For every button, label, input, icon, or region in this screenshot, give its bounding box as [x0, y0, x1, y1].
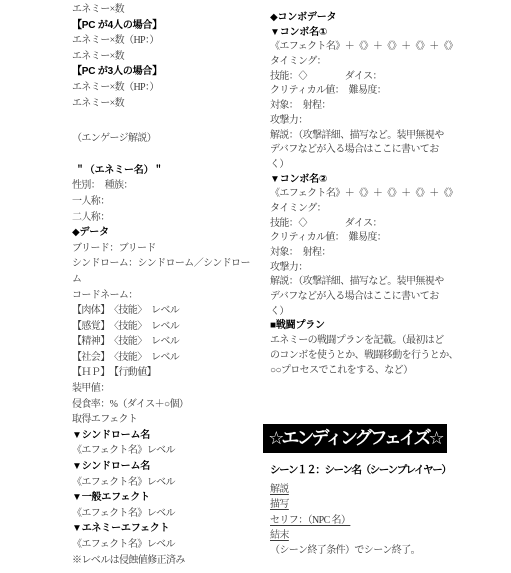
heading-pc3-case: 【PC が3人の場合】	[72, 64, 258, 80]
spacer	[72, 111, 258, 131]
doc-line: エネミー×数（HP：）	[72, 80, 258, 96]
doc-line: 対象： 射程：	[270, 99, 454, 114]
scene-label-dialogue: セリフ：（NPC 名）	[270, 513, 454, 528]
doc-line: デバフなどが入る場合はここに書いてお	[270, 290, 454, 305]
doc-line: 《エフェクト名》レベル	[72, 537, 258, 553]
doc-line: 解説：（攻撃詳細、描写など。装甲無視や	[270, 129, 454, 144]
doc-line: シンドローム：シンドローム／シンドロー	[72, 256, 258, 272]
heading-general-effect: ▼一般エフェクト	[72, 490, 258, 506]
doc-line: エネミー×数	[72, 2, 258, 18]
heading-combo-data: ◆コンボデータ	[270, 11, 454, 26]
doc-line: （エンゲージ解説）	[72, 131, 258, 147]
scene-label-description: 描写	[270, 497, 454, 512]
doc-line: く）	[270, 305, 454, 320]
doc-line: タイミング：	[270, 55, 454, 70]
right-column: ◆コンボデータ ▼コンボ名① 《エフェクト名》＋《》＋《》＋《》＋《》 タイミン…	[270, 11, 454, 558]
stat-social-line: 【社会】 〈技能〉 レベル	[72, 350, 258, 366]
doc-line: 《エフェクト名》＋《》＋《》＋《》＋《》	[270, 187, 454, 202]
doc-line: エネミー×数（HP：）	[72, 33, 258, 49]
stat-hp-line: 【ＨＰ】 【行動値】	[72, 365, 258, 381]
doc-line: コードネーム：	[72, 288, 258, 304]
ending-phase-banner: ☆エンディングフェイズ☆	[263, 424, 447, 453]
doc-line: 取得エフェクト	[72, 412, 258, 428]
heading-combo-1: ▼コンボ名①	[270, 26, 454, 41]
enemy-name-title: ＂（エネミー名）＂	[72, 163, 258, 179]
doc-line: 技能：〈〉 ダイス：	[270, 217, 454, 232]
heading-pc4-case: 【PC が4人の場合】	[72, 18, 258, 34]
level-note: ※レベルは侵蝕値修正済み	[72, 553, 258, 569]
doc-line: 二人称：	[72, 210, 258, 226]
doc-line: 対象： 射程：	[270, 246, 454, 261]
scene-title: シーン１２：シーン名（シーンプレイヤー）	[270, 462, 454, 478]
doc-line: クリティカル値： 難易度：	[270, 231, 454, 246]
document-page: { "colors": { "page_bg": "#ffffff", "bod…	[0, 0, 511, 573]
spacer	[72, 147, 258, 163]
doc-line: 《エフェクト名》レベル	[72, 506, 258, 522]
stat-sense-line: 【感覚】 〈技能〉 レベル	[72, 319, 258, 335]
doc-line: 《エフェクト名》＋《》＋《》＋《》＋《》	[270, 40, 454, 55]
doc-line: く）	[270, 158, 454, 173]
doc-line: 攻撃力：	[270, 261, 454, 276]
heading-data: ◆データ	[72, 225, 258, 241]
heading-battle-plan: ■戦闘プラン	[270, 319, 454, 334]
left-column: エネミー×数 【PC が4人の場合】 エネミー×数（HP：） エネミー×数 【P…	[72, 2, 258, 568]
doc-line: デバフなどが入る場合はここに書いてお	[270, 143, 454, 158]
heading-combo-2: ▼コンボ名②	[270, 173, 454, 188]
scene-end-condition: （シーン終了条件）でシーン終了。	[270, 543, 454, 558]
scene-label-explanation: 解説	[270, 482, 454, 497]
doc-line: エネミーの戦闘プランを記載。（最初はど	[270, 334, 454, 349]
doc-line: 解説：（攻撃詳細、描写など。装甲無視や	[270, 275, 454, 290]
doc-line: 侵食率：%（ダイス＋○個）	[72, 397, 258, 413]
doc-line: エネミー×数	[72, 49, 258, 65]
heading-enemy-effect: ▼エネミーエフェクト	[72, 521, 258, 537]
doc-line: 《エフェクト名》レベル	[72, 475, 258, 491]
doc-line: エネミー×数	[72, 96, 258, 112]
heading-syndrome-name-2: ▼シンドローム名	[72, 459, 258, 475]
doc-line: 技能：〈〉 ダイス：	[270, 70, 454, 85]
heading-syndrome-name-1: ▼シンドローム名	[72, 428, 258, 444]
doc-line: ○○プロセスでこれをする、など）	[270, 364, 454, 379]
stat-mind-line: 【精神】 〈技能〉 レベル	[72, 334, 258, 350]
stat-body-line: 【肉体】 〈技能〉 レベル	[72, 303, 258, 319]
doc-line: 装甲値：	[72, 381, 258, 397]
doc-line: 性別： 種族：	[72, 178, 258, 194]
doc-line: ブリード：ブリード	[72, 241, 258, 257]
doc-line: ム	[72, 272, 258, 288]
doc-line: クリティカル値： 難易度：	[270, 84, 454, 99]
doc-line: のコンボを使うとか、戦闘移動を行うとか、	[270, 349, 454, 364]
doc-line: 一人称：	[72, 194, 258, 210]
doc-line: 攻撃力：	[270, 114, 454, 129]
scene-label-conclusion: 結末	[270, 528, 454, 543]
doc-line: 《エフェクト名》レベル	[72, 443, 258, 459]
doc-line: タイミング：	[270, 202, 454, 217]
